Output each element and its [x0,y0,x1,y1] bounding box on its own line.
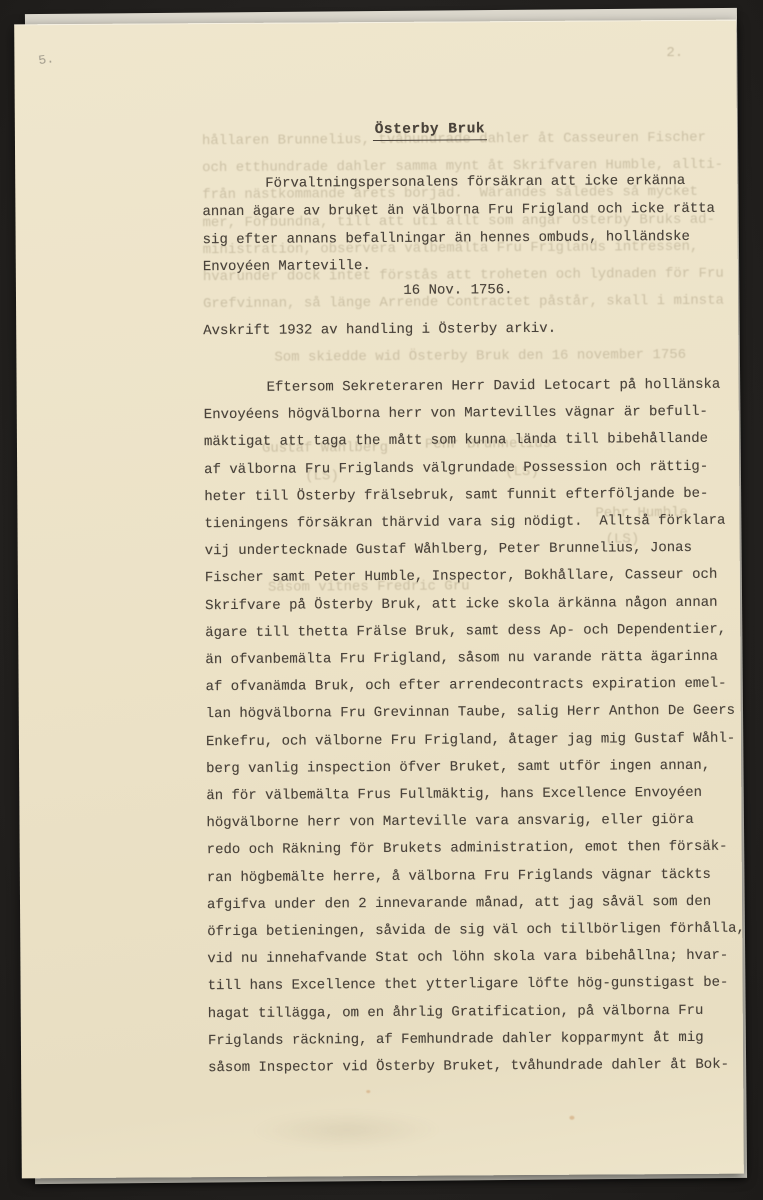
body-line: än ofvanbemälta Fru Frigland, såsom nu v… [205,643,763,674]
date-line: 16 Nov. 1756. [403,282,512,299]
header-line: sig efter annans befallningar än hennes … [203,223,763,255]
body-line: öfriga betieningen, såvida de sig väl oc… [207,915,763,946]
body-paragraph: Eftersom Sekreteraren Herr David Letocar… [204,371,763,1082]
paper-fleck [569,1116,574,1120]
transcription-note: Avskrift 1932 av handling i Österby arki… [203,321,556,339]
body-line: Enkefru, och välborne Fru Frigland, åtag… [206,725,763,756]
paper-fleck [366,1090,370,1093]
ghost-closing-line: Som skiedde wid Österby Bruk den 16 nove… [274,342,686,372]
date-row: 16 Nov. 1756. [203,276,713,307]
title-row: Österby Bruk [202,118,658,142]
body-line: af välborna Fru Friglands välgrundade Po… [204,453,763,484]
body-line: ran högbemälte herre, å välborna Fru Fri… [207,861,763,892]
paper-smudge [251,1110,441,1151]
body-line: af ofvanämda Bruk, och efter arrendecont… [205,671,763,702]
body-line: till hans Excellence thet ytterligare lö… [207,970,763,1001]
body-line: än för välbemälta Frus Fullmäktig, hans … [206,779,763,810]
body-line: mäktigat att taga the mått som kunna län… [204,426,763,457]
header-paragraph: Förvaltningspersonalens försäkran att ic… [202,167,763,282]
body-line: ägare till thetta Frälse Bruk, samt dess… [205,616,763,647]
body-line: heter till Österby frälsebruk, samt funn… [204,480,763,511]
body-line: Skrifvare på Österby Bruk, att icke skol… [205,589,763,620]
body-line: afgifva under den 2 innevarande månad, a… [207,888,763,919]
header-line: annan ägare av bruket än välborna Fru Fr… [202,195,762,227]
body-line: tieningens försäkran thärvid vara sig nö… [204,507,763,538]
header-line: Förvaltningspersonalens försäkran att ic… [202,167,762,199]
body-line: vid nu innehafvande Stat och löhn skola … [207,943,763,974]
text-column: Österby Bruk Förvaltningspersonalens för… [202,117,762,121]
ghost-page-number: 2. [666,40,683,67]
body-line: Envoyéens högvälborna herr von Martevill… [204,399,763,430]
body-line: lan högvälborna Fru Grevinnan Taube, sal… [206,698,763,729]
photo-background: { "document": { "archival_mark": "5.", "… [0,0,763,1200]
document-page: 5. 2. hållaren Brunnelius, tvåhundrade d… [14,20,744,1179]
note-row: Avskrift 1932 av handling i Österby arki… [203,314,763,345]
body-line: såsom Inspector vid Österby Bruket, tvåh… [208,1052,763,1083]
body-line: redo och Räkning för Brukets administrat… [207,834,763,865]
document-title: Österby Bruk [373,121,488,141]
archival-pencil-mark: 5. [37,51,55,68]
body-line: berg vanlig inspection öfver Bruket, sam… [206,752,763,783]
body-line: Eftersom Sekreteraren Herr David Letocar… [204,371,763,402]
body-line: vij undertecknade Gustaf Wåhlberg, Peter… [205,535,763,566]
body-line: högvälborne herr von Marteville vara ans… [206,807,763,838]
body-line: hagat tillägga, om en åhrlig Gratificati… [208,997,763,1028]
body-line: Friglands räckning, af Femhundrade dahle… [208,1024,763,1055]
body-line: Fischer samt Peter Humble, Inspector, Bo… [205,562,763,593]
